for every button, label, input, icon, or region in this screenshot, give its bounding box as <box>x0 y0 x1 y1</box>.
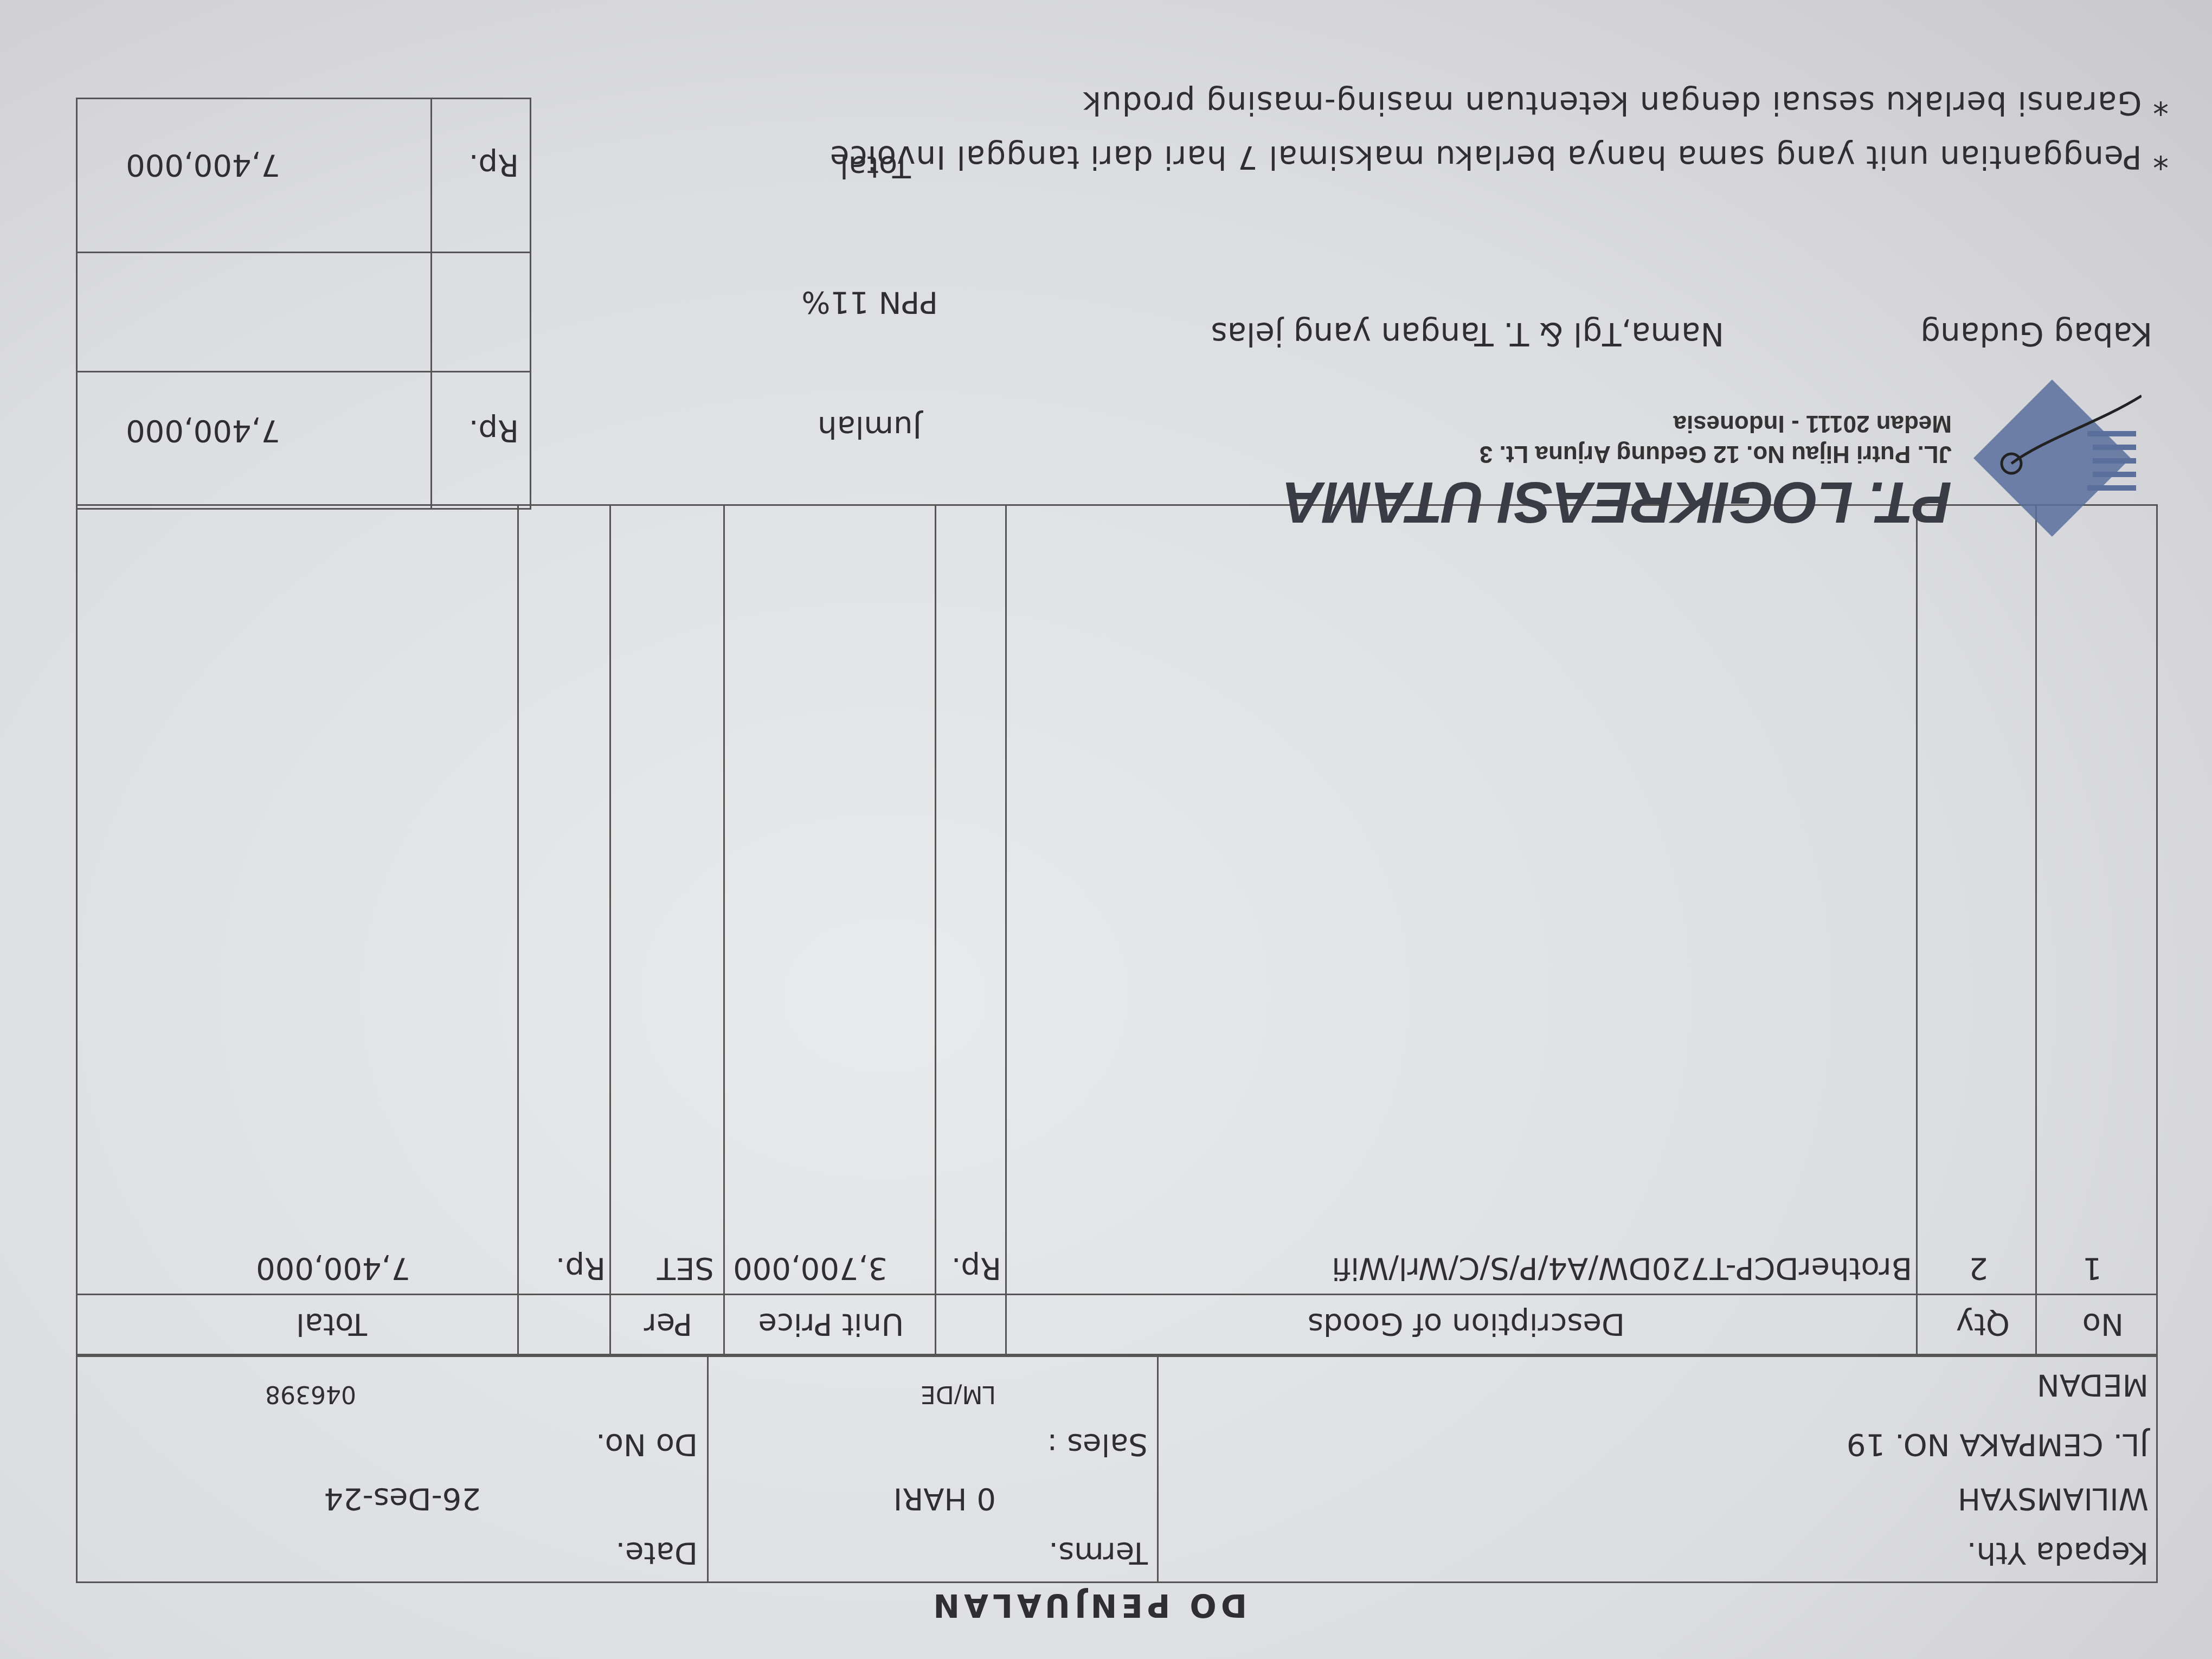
jumlah-value: 7,400,000 <box>126 413 280 448</box>
row-qty: 2 <box>1969 1251 1988 1286</box>
jumlah-currency: Rp. <box>469 413 519 448</box>
col-per: Per <box>644 1307 692 1342</box>
col-no: No <box>2082 1307 2124 1342</box>
company-logo-icon <box>1963 369 2142 548</box>
note-warranty: * Garansi berlaku sesuai dengan ketentua… <box>829 76 2169 130</box>
header-block: Kepada Yth. WILIAMSYAH JL. CEMPAKA NO. 1… <box>76 1355 2158 1583</box>
company-name: PT. LOGIKREASI UTAMA <box>1283 469 1952 537</box>
jumlah-label: Jumlah <box>818 409 922 445</box>
ppn-label: PPN 11% <box>801 285 938 320</box>
col-description: Description of Goods <box>1308 1307 1625 1342</box>
total-value: 7,400,000 <box>126 147 280 183</box>
row-unit-price: 3,700,000 <box>733 1251 888 1286</box>
terms-value: 0 HARI <box>893 1481 996 1516</box>
document-title: DO PENJUALAN <box>929 1587 1247 1624</box>
row-no: 1 <box>2082 1251 2102 1286</box>
document-page: DO PENJUALAN Kepada Yth. WILIAMSYAH JL. … <box>0 0 2212 1659</box>
col-qty: Qty <box>1956 1307 2010 1342</box>
note-replacement: * Penggantian unit yang sama hanya berla… <box>829 130 2169 184</box>
sales-label: Sales : <box>1047 1427 1148 1462</box>
company-address-line2: Medan 20111 - Indonesia <box>1283 408 1952 439</box>
total-currency: Rp. <box>469 147 519 183</box>
company-stamp: PT. LOGIKREASI UTAMA JL. Putri Hijau No.… <box>1283 408 1952 537</box>
customer-name: WILIAMSYAH <box>1958 1481 2149 1516</box>
date-value: 26-Des-24 <box>324 1481 481 1516</box>
row-per: SET <box>657 1251 714 1286</box>
customer-city: MEDAN <box>2037 1367 2149 1403</box>
customer-address: JL. CEMPAKA NO. 19 <box>1847 1427 2149 1462</box>
signature-recipient: Nama,Tgl & T. Tangan yang jelas <box>1211 316 1724 352</box>
do-no-value: 046398 <box>265 1380 356 1408</box>
col-unit-price: Unit Price <box>758 1307 904 1342</box>
sales-code: LM/DE <box>921 1380 996 1408</box>
notes: * Penggantian unit yang sama hanya berla… <box>829 76 2169 184</box>
signature-warehouse-head: Kabag Gudang <box>1920 316 2152 352</box>
row-total: 7,400,000 <box>256 1251 410 1286</box>
do-no-label: Do No. <box>596 1427 698 1462</box>
row-currency-total: Rp. <box>556 1251 606 1286</box>
col-total: Total <box>296 1307 367 1342</box>
row-description: BrotherDCP-T720DW/A4/P/S/C/Wrl/Wifi <box>1332 1251 1912 1286</box>
row-currency-unit: Rp. <box>951 1251 1001 1286</box>
company-address-line1: JL. Putri Hijau No. 12 Gedung Arjuna Lt.… <box>1283 439 1952 469</box>
terms-label: Terms. <box>1049 1535 1148 1571</box>
date-label: Date. <box>615 1535 698 1571</box>
summary-box: Rp. 7,400,000 Rp. 7,400,000 <box>76 98 531 510</box>
to-label: Kepada Yth. <box>1967 1535 2149 1571</box>
goods-table: No Qty Description of Goods Unit Price P… <box>76 504 2158 1355</box>
